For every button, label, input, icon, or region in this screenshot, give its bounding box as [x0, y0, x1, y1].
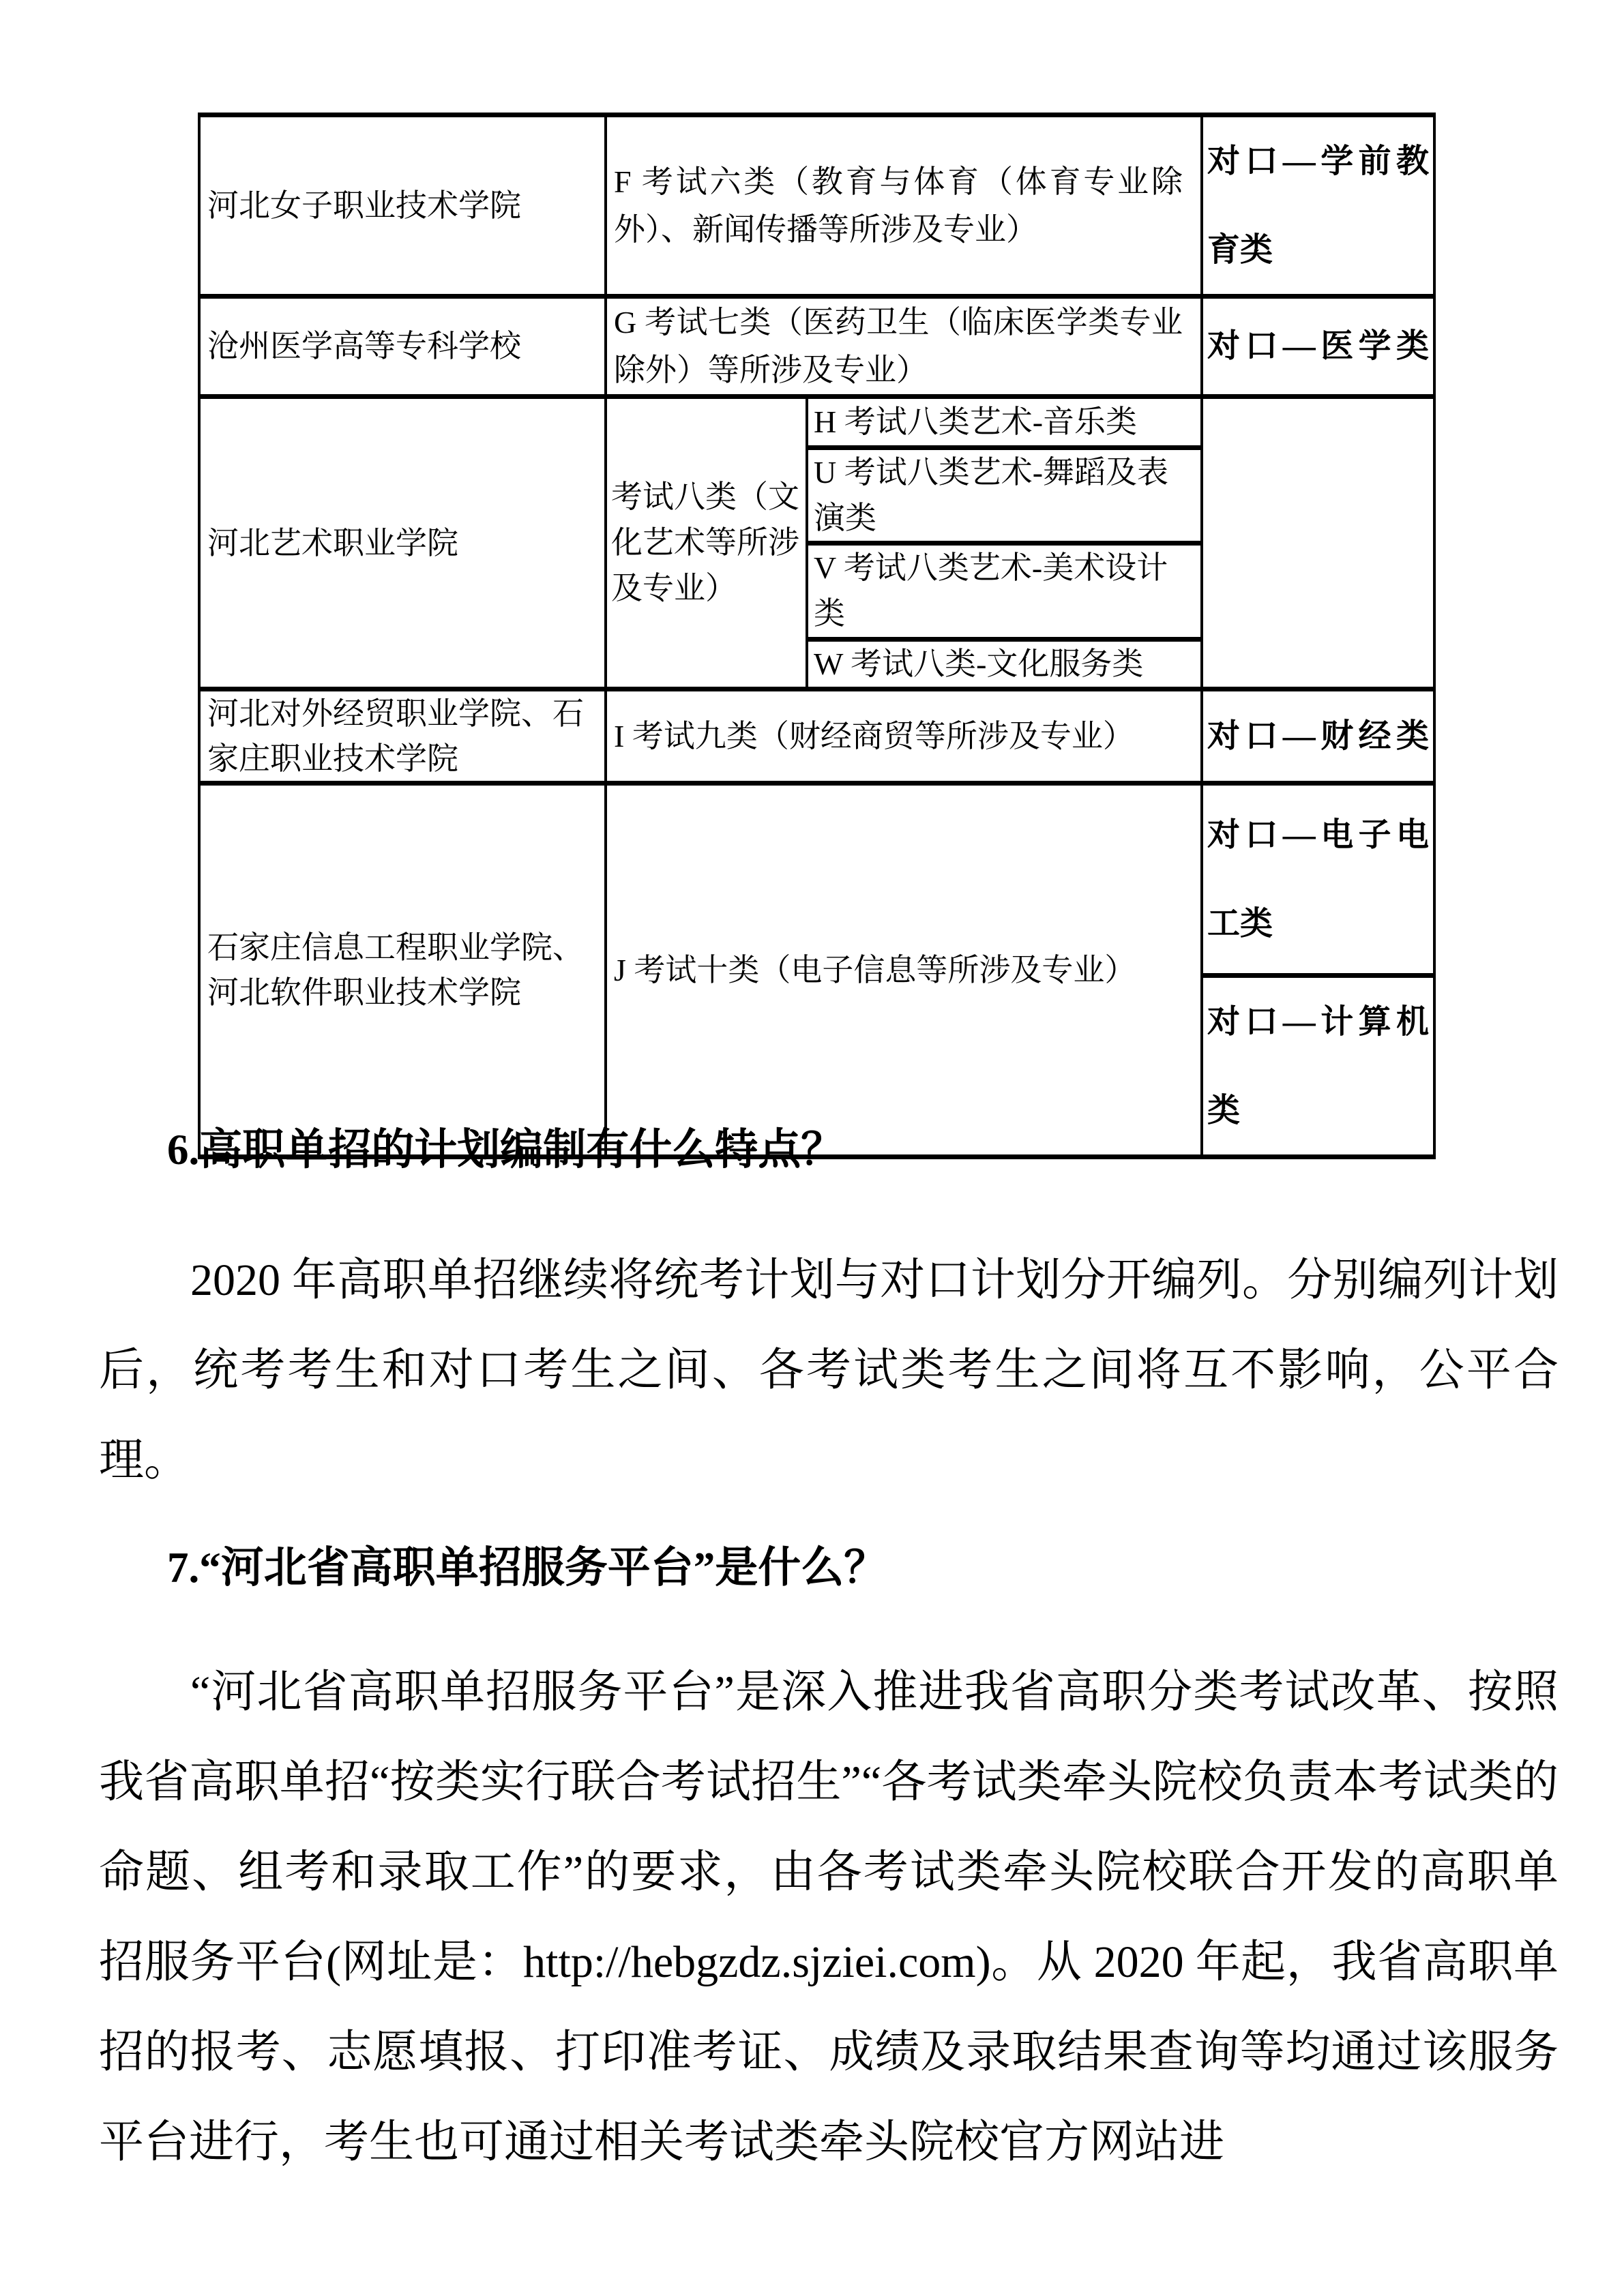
- cell-exam-r1: F 考试六类（教育与体育（体育专业除外）、新闻传播等所涉及专业）: [606, 115, 1202, 297]
- question-7-heading: 7.“河北省高职单招服务平台”是什么？: [99, 1523, 1559, 1613]
- table-row: 河北艺术职业学院 考试八类（文化艺术等所涉及专业） H 考试八类艺术-音乐类: [199, 397, 1434, 448]
- cell-duikou-r2: 对口—医学类: [1202, 297, 1434, 397]
- cell-subcat-u: U 考试八类艺术-舞蹈及表演类: [807, 448, 1202, 543]
- cell-duikou-r1: 对口—学前教育类: [1202, 115, 1434, 297]
- question-6-paragraph: 2020 年高职单招继续将统考计划与对口计划分开编列。分别编列计划后，统考考生和…: [99, 1236, 1559, 1506]
- cell-exam-r2: G 考试七类（医药卫生（临床医学类专业除外）等所涉及专业）: [606, 297, 1202, 397]
- cell-school-r4: 河北对外经贸职业学院、石家庄职业技术学院: [199, 689, 606, 784]
- cell-duikou-r5-top: 对口—电子电工类: [1202, 784, 1434, 976]
- cell-school-r3: 河北艺术职业学院: [199, 397, 606, 689]
- table-row: 沧州医学高等专科学校 G 考试七类（医药卫生（临床医学类专业除外）等所涉及专业）…: [199, 297, 1434, 397]
- cell-subcat-v: V 考试八类艺术-美术设计类: [807, 543, 1202, 639]
- cell-school-r5: 石家庄信息工程职业学院、河北软件职业技术学院: [199, 784, 606, 1157]
- cell-duikou-r4: 对口—财经类: [1202, 689, 1434, 784]
- cell-exam-r4: I 考试九类（财经商贸等所涉及专业）: [606, 689, 1202, 784]
- cell-school-r2: 沧州医学高等专科学校: [199, 297, 606, 397]
- question-7-paragraph: “河北省高职单招服务平台”是深入推进我省高职分类考试改革、按照我省高职单招“按类…: [99, 1648, 1559, 2188]
- question-6-heading: 6.高职单招的计划编制有什么特点？: [99, 1105, 1559, 1195]
- cell-exam-group-r3: 考试八类（文化艺术等所涉及专业）: [606, 397, 807, 689]
- cell-subcat-w: W 考试八类-文化服务类: [807, 639, 1202, 689]
- exam-category-table: 河北女子职业技术学院 F 考试六类（教育与体育（体育专业除外）、新闻传播等所涉及…: [198, 113, 1436, 1159]
- cell-subcat-h: H 考试八类艺术-音乐类: [807, 397, 1202, 448]
- table-row: 石家庄信息工程职业学院、河北软件职业技术学院 J 考试十类（电子信息等所涉及专业…: [199, 784, 1434, 976]
- document-page: 河北女子职业技术学院 F 考试六类（教育与体育（体育专业除外）、新闻传播等所涉及…: [0, 0, 1624, 2296]
- cell-exam-r5: J 考试十类（电子信息等所涉及专业）: [606, 784, 1202, 1157]
- table-row: 河北女子职业技术学院 F 考试六类（教育与体育（体育专业除外）、新闻传播等所涉及…: [199, 115, 1434, 297]
- table-row: 河北对外经贸职业学院、石家庄职业技术学院 I 考试九类（财经商贸等所涉及专业） …: [199, 689, 1434, 784]
- cell-duikou-r3-empty: [1202, 397, 1434, 689]
- cell-school-r1: 河北女子职业技术学院: [199, 115, 606, 297]
